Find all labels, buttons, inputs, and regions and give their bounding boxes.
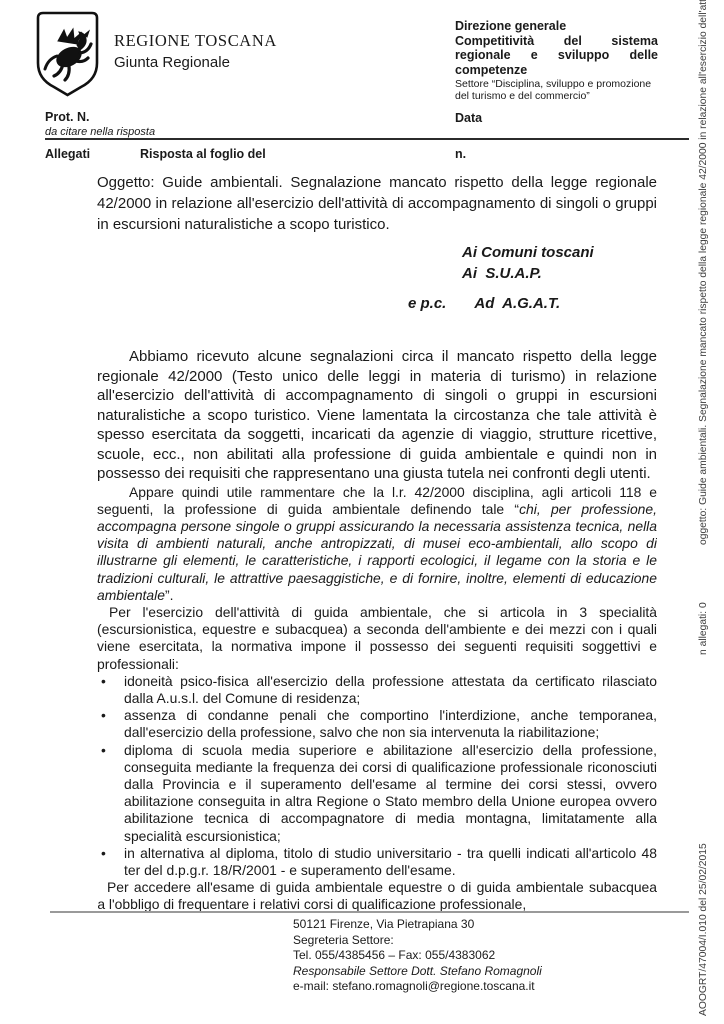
margin-allegati-vertical: n allegati: 0 [698, 602, 709, 655]
org-subtitle: Giunta Regionale [114, 54, 277, 71]
prot-label: Prot. N. [45, 110, 155, 124]
recipient-line: Ai S.U.A.P. [408, 263, 594, 284]
letter-page: { "header": { "org_name": "REGIONE TOSCA… [0, 0, 724, 1024]
list-item: idoneità psico-fisica all'esercizio dell… [97, 673, 657, 707]
footer-address: 50121 Firenze, Via Pietrapiana 30 [293, 917, 542, 933]
prot-note: da citare nella risposta [45, 126, 155, 138]
body-paragraph-4: Per accedere all'esame di guida ambienta… [97, 879, 657, 911]
org-title-block: REGIONE TOSCANA Giunta Regionale [114, 31, 277, 71]
margin-subject-vertical: oggetto: Guide ambientali. Segnalazione … [698, 0, 709, 545]
spacer [408, 284, 594, 293]
margin-protocol-vertical: AOOGRT/47004/I.010 del 25/02/2015 [698, 843, 709, 1016]
date-label: Data [455, 111, 482, 125]
org-name: REGIONE TOSCANA [114, 31, 277, 51]
sector-label: Settore “Disciplina, sviluppo e promozio… [455, 79, 658, 103]
letter-body: Abbiamo ricevuto alcune segnalazioni cir… [97, 347, 657, 911]
allegati-label: Allegati [45, 147, 90, 161]
footer-phone: Tel. 055/4385456 – Fax: 055/4383062 [293, 948, 542, 964]
footer-responsible: Responsabile Settore Dott. Stefano Romag… [293, 964, 542, 980]
cc-label: e p.c. [408, 295, 446, 312]
protocol-block: Prot. N. da citare nella risposta [45, 110, 155, 138]
header-divider [45, 138, 689, 140]
list-item: assenza di condanne penali che comportin… [97, 707, 657, 741]
cc-line: e p.c.Ad A.G.A.T. [408, 293, 594, 314]
number-label: n. [455, 147, 466, 161]
body-rest: Appare quindi utile rammentare che la l.… [97, 484, 657, 912]
footer-contact-block: 50121 Firenze, Via Pietrapiana 30 Segret… [293, 917, 542, 995]
footer-email: e-mail: stefano.romagnoli@regione.toscan… [293, 979, 542, 995]
requirements-list: idoneità psico-fisica all'esercizio dell… [97, 673, 657, 879]
para2-post: ”. [165, 587, 174, 603]
recipients-block: Ai Comuni toscani Ai S.U.A.P. e p.c.Ad A… [408, 242, 594, 314]
footer-secretariat: Segreteria Settore: [293, 933, 542, 949]
list-item: diploma di scuola media superiore e abil… [97, 742, 657, 845]
footer-divider [50, 911, 689, 913]
body-paragraph-2: Appare quindi utile rammentare che la l.… [97, 484, 657, 604]
pegasus-shield-icon [36, 11, 99, 97]
direction-title: Direzione generale [455, 19, 658, 34]
list-item: in alternativa al diploma, titolo di stu… [97, 845, 657, 879]
risposta-label: Risposta al foglio del [140, 147, 266, 161]
direction-block: Direzione generale Competitività del sis… [455, 19, 658, 103]
subject-paragraph: Oggetto: Guide ambientali. Segnalazione … [97, 172, 657, 235]
direction-body: Competitività del sistema regionale e sv… [455, 34, 658, 78]
body-paragraph-3: Per l'esercizio dell'attività di guida a… [97, 604, 657, 673]
recipient-line: Ai Comuni toscani [408, 242, 594, 263]
regione-toscana-logo [36, 11, 99, 97]
cc-recipient: Ad A.G.A.T. [474, 295, 560, 312]
body-paragraph-1: Abbiamo ricevuto alcune segnalazioni cir… [97, 347, 657, 484]
